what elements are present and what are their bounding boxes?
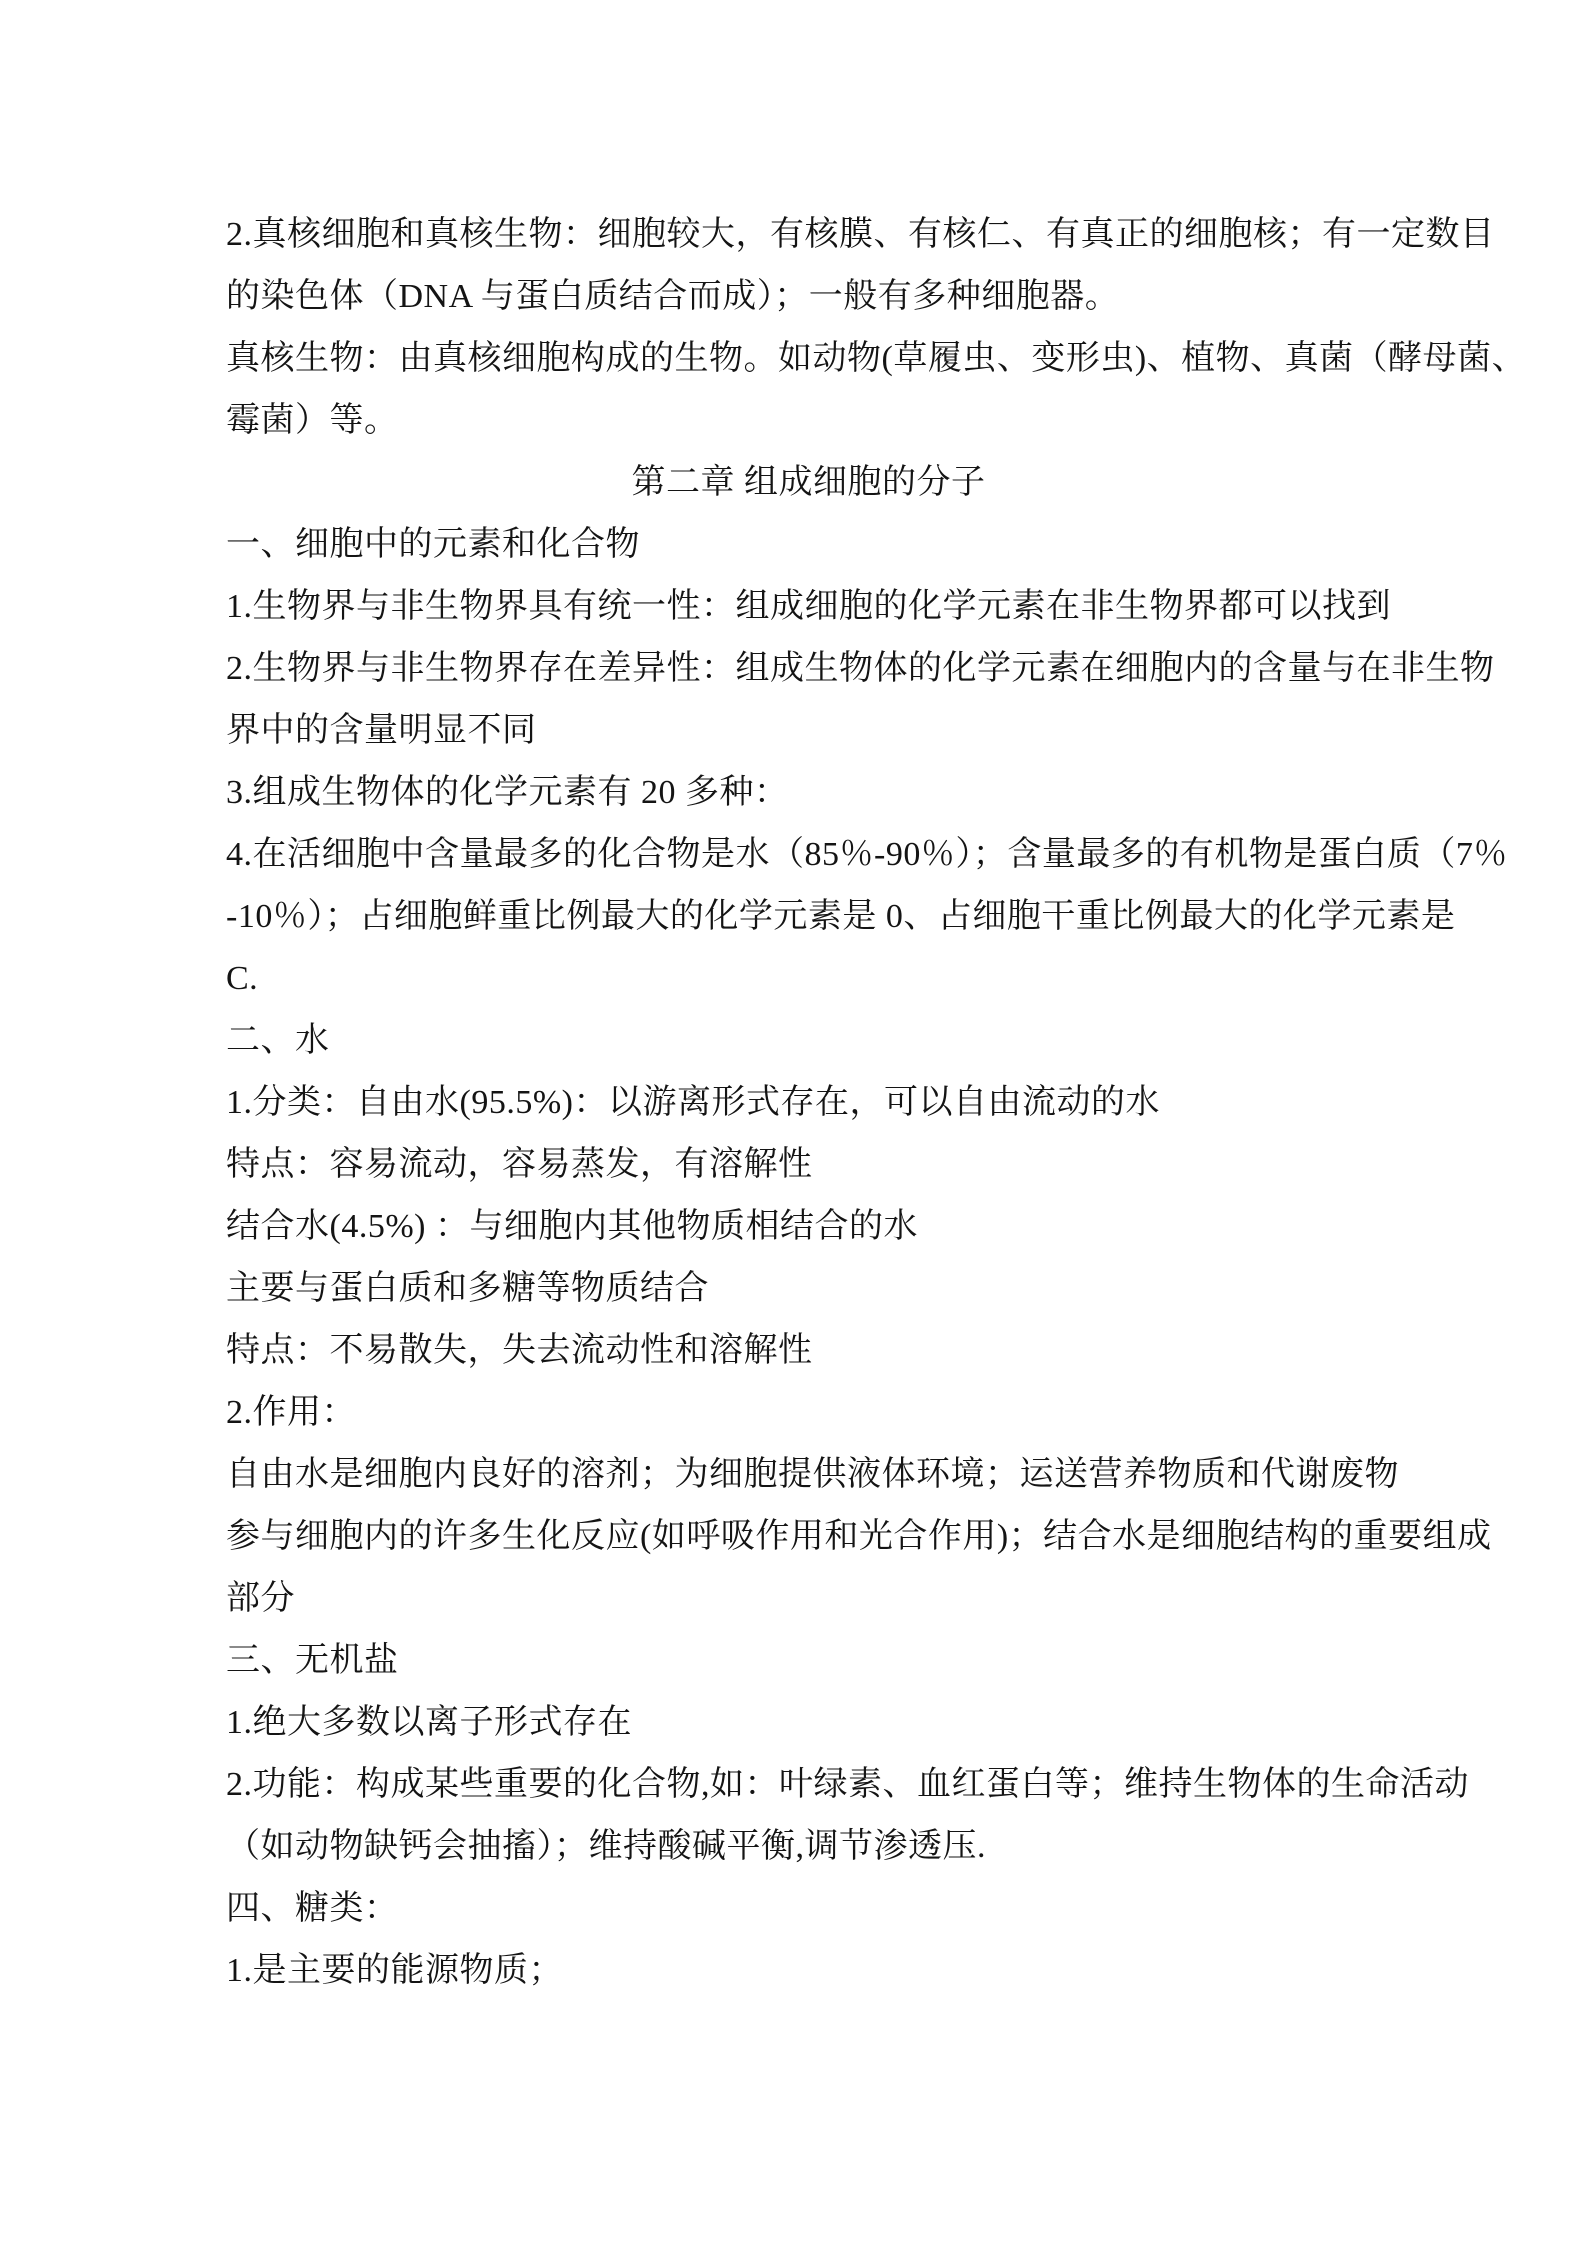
- text-line-water-content-2: -10％）；占细胞鲜重比例最大的化学元素是 0、占细胞干重比例最大的化学元素是: [226, 886, 1391, 948]
- text-line-bound-water: 结合水(4.5%) ：与细胞内其他物质相结合的水: [226, 1196, 1391, 1258]
- text-line-free-water: 1.分类：自由水(95.5%)：以游离形式存在，可以自由流动的水: [226, 1072, 1391, 1134]
- text-line-ion-form: 1.绝大多数以离子形式存在: [226, 1692, 1391, 1754]
- text-line-eukaryote-organism-2: 霉菌）等。: [226, 390, 1391, 452]
- text-line-salt-function-2: （如动物缺钙会抽搐）；维持酸碱平衡,调节渗透压.: [226, 1816, 1391, 1878]
- text-line-free-water-traits: 特点：容易流动，容易蒸发，有溶解性: [226, 1134, 1391, 1196]
- text-line-water-function-1: 自由水是细胞内良好的溶剂；为细胞提供液体环境；运送营养物质和代谢废物: [226, 1444, 1391, 1506]
- document-body: 2.真核细胞和真核生物：细胞较大，有核膜、有核仁、有真正的细胞核；有一定数目 的…: [226, 204, 1391, 2002]
- text-line-bound-water-binding: 主要与蛋白质和多糖等物质结合: [226, 1258, 1391, 1320]
- text-line-eukaryote-2: 的染色体（DNA 与蛋白质结合而成）；一般有多种细胞器。: [226, 266, 1391, 328]
- text-line-difference-2: 界中的含量明显不同: [226, 700, 1391, 762]
- section-heading-elements-compounds: 一、细胞中的元素和化合物: [226, 514, 1391, 576]
- text-line-bound-water-traits: 特点：不易散失，失去流动性和溶解性: [226, 1320, 1391, 1382]
- text-line-eukaryote-1: 2.真核细胞和真核生物：细胞较大，有核膜、有核仁、有真正的细胞核；有一定数目: [226, 204, 1391, 266]
- text-line-energy-substance: 1.是主要的能源物质；: [226, 1940, 1391, 2002]
- text-line-water-function-2: 参与细胞内的许多生化反应(如呼吸作用和光合作用)；结合水是细胞结构的重要组成: [226, 1506, 1391, 1568]
- text-line-difference-1: 2.生物界与非生物界存在差异性：组成生物体的化学元素在细胞内的含量与在非生物: [226, 638, 1391, 700]
- document-page: 2.真核细胞和真核生物：细胞较大，有核膜、有核仁、有真正的细胞核；有一定数目 的…: [0, 0, 1587, 2245]
- chapter-heading: 第二章 组成细胞的分子: [226, 452, 1391, 514]
- text-line-unity: 1.生物界与非生物界具有统一性：组成细胞的化学元素在非生物界都可以找到: [226, 576, 1391, 638]
- text-line-water-function-3: 部分: [226, 1568, 1391, 1630]
- text-line-water-content-1: 4.在活细胞中含量最多的化合物是水（85％-90％）；含量最多的有机物是蛋白质（…: [226, 824, 1391, 886]
- section-heading-sugars: 四、糖类：: [226, 1878, 1391, 1940]
- section-heading-inorganic-salt: 三、无机盐: [226, 1630, 1391, 1692]
- text-line-water-function-heading: 2.作用：: [226, 1382, 1391, 1444]
- text-line-carbon: C.: [226, 948, 1391, 1010]
- text-line-eukaryote-organism-1: 真核生物：由真核细胞构成的生物。如动物(草履虫、变形虫)、植物、真菌（酵母菌、: [226, 328, 1391, 390]
- text-line-element-count: 3.组成生物体的化学元素有 20 多种：: [226, 762, 1391, 824]
- section-heading-water: 二、水: [226, 1010, 1391, 1072]
- text-line-salt-function-1: 2.功能：构成某些重要的化合物,如：叶绿素、血红蛋白等；维持生物体的生命活动: [226, 1754, 1391, 1816]
